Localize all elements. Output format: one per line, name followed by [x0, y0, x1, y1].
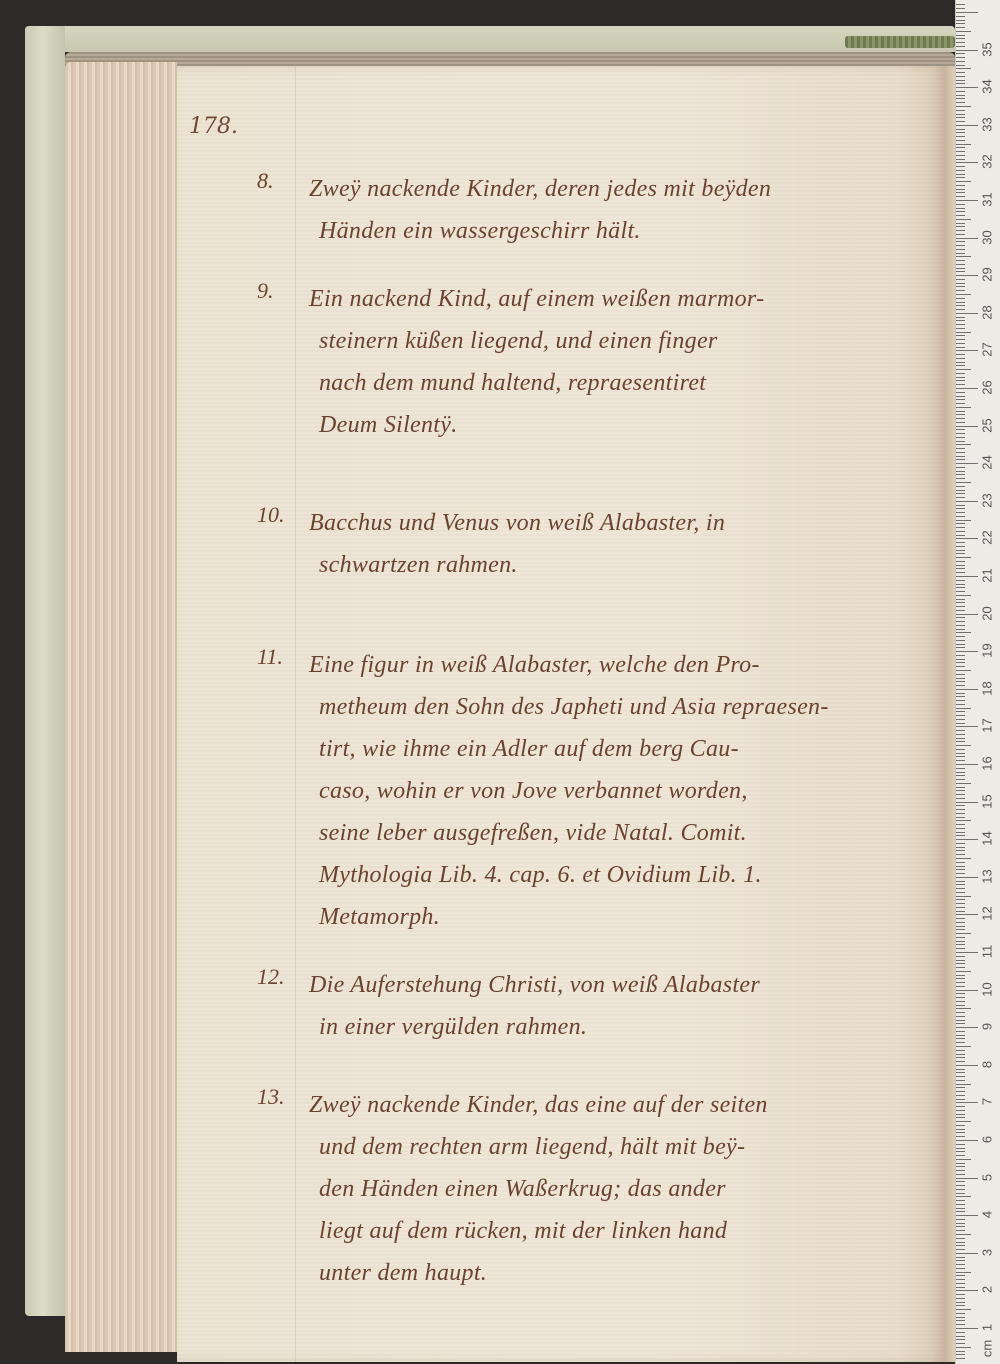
- ruler-tick: [956, 1185, 965, 1186]
- ruler-tick: [956, 787, 965, 788]
- ruler-tick: [956, 783, 971, 784]
- ruler-tick: [956, 42, 965, 43]
- ruler-tick: [956, 68, 971, 69]
- ruler-label: 11: [980, 942, 995, 962]
- ruler-tick: [956, 914, 978, 915]
- ruler-tick: [956, 1178, 978, 1179]
- ruler-tick: [956, 177, 965, 178]
- ruler-tick: [956, 16, 965, 17]
- ruler-tick: [956, 1136, 965, 1137]
- ruler-tick: [956, 982, 965, 983]
- ruler-tick: [956, 926, 965, 927]
- ruler-tick: [956, 497, 965, 498]
- book: 178. 8. Zweÿ nackende Kinder, deren jede…: [25, 26, 955, 1346]
- ruler-tick: [956, 452, 965, 453]
- ruler-tick: [956, 839, 978, 840]
- ruler-tick: [956, 72, 965, 73]
- ruler-tick: [956, 1069, 965, 1070]
- ruler-tick: [956, 125, 978, 126]
- ruler-tick: [956, 553, 965, 554]
- ruler-tick: [956, 572, 965, 573]
- ruler-tick: [956, 1061, 965, 1062]
- ruler-tick: [956, 1324, 965, 1325]
- entry-line: Ein nackend Kind, auf einem weißen marmo…: [309, 278, 919, 320]
- ruler-tick: [956, 1008, 971, 1009]
- ruler-label: 8: [980, 1054, 995, 1074]
- ruler-tick: [956, 132, 965, 133]
- ruler-tick: [956, 1294, 965, 1295]
- ruler-tick: [956, 215, 965, 216]
- ruler-tick: [956, 1332, 965, 1333]
- ruler-tick: [956, 226, 965, 227]
- ruler-tick: [956, 1181, 965, 1182]
- ruler-tick: [956, 437, 965, 438]
- ruler-tick: [956, 602, 965, 603]
- ruler-tick: [956, 1121, 971, 1122]
- ruler-tick: [956, 192, 965, 193]
- entry-line: Zweÿ nackende Kinder, deren jedes mit be…: [309, 168, 919, 210]
- ruler-tick: [956, 967, 965, 968]
- ruler-tick: [956, 456, 965, 457]
- ruler-tick: [956, 565, 965, 566]
- ruler-tick: [956, 27, 965, 28]
- ruler-tick: [956, 35, 965, 36]
- ruler-tick: [956, 83, 965, 84]
- ruler-tick: [956, 1351, 965, 1352]
- ruler-tick: [956, 617, 965, 618]
- entry-line: schwartzen rahmen.: [309, 544, 919, 586]
- ruler-tick: [956, 238, 978, 239]
- ruler-tick: [956, 467, 965, 468]
- ruler-tick: [956, 591, 965, 592]
- ruler-tick: [956, 1200, 965, 1201]
- ruler-tick: [956, 741, 965, 742]
- ruler-tick: [956, 1102, 978, 1103]
- ruler-tick: [956, 196, 965, 197]
- ruler-tick: [956, 1275, 965, 1276]
- ruler-tick: [956, 486, 965, 487]
- ruler-tick: [956, 95, 965, 96]
- ruler-tick: [956, 1189, 965, 1190]
- ruler-tick: [956, 335, 965, 336]
- ruler-tick: [956, 147, 965, 148]
- ruler-tick: [956, 102, 965, 103]
- ruler-tick: [956, 271, 965, 272]
- ruler-tick: [956, 542, 965, 543]
- ruler-tick: [956, 1042, 965, 1043]
- ruler-tick: [956, 302, 965, 303]
- entry-line: Deum Silentÿ.: [309, 404, 919, 446]
- ruler-tick: [956, 91, 965, 92]
- ruler-tick: [956, 80, 965, 81]
- ruler-tick: [956, 57, 965, 58]
- ruler-tick: [956, 1309, 971, 1310]
- entry-number: 13.: [257, 1084, 297, 1110]
- ruler-tick: [956, 877, 978, 878]
- ruler-label: 29: [980, 265, 995, 285]
- ruler-label: 32: [980, 152, 995, 172]
- ruler-tick: [956, 764, 978, 765]
- ruler-tick: [956, 644, 965, 645]
- ruler-tick: [956, 918, 965, 919]
- ruler-tick: [956, 384, 965, 385]
- ruler-tick: [956, 798, 965, 799]
- ruler-tick: [956, 580, 965, 581]
- ruler-tick: [956, 1305, 965, 1306]
- ruler-label: 34: [980, 77, 995, 97]
- ruler-label: 26: [980, 378, 995, 398]
- ruler-tick: [956, 1249, 965, 1250]
- ruler-tick: [956, 557, 971, 558]
- ruler-tick: [956, 20, 965, 21]
- ruler-tick: [956, 655, 965, 656]
- ruler-tick: [956, 944, 965, 945]
- ruler-tick: [956, 745, 971, 746]
- ruler-tick: [956, 1031, 965, 1032]
- ruler-tick: [956, 448, 965, 449]
- ruler-tick: [956, 1354, 965, 1355]
- ruler-tick: [956, 1132, 965, 1133]
- ruler-tick: [956, 249, 965, 250]
- ruler-tick: [956, 174, 965, 175]
- ruler-tick: [956, 264, 965, 265]
- ruler-tick: [956, 892, 965, 893]
- ruler-tick: [956, 76, 965, 77]
- ruler-tick: [956, 960, 965, 961]
- ruler-tick: [956, 862, 965, 863]
- ruler-label: 6: [980, 1130, 995, 1150]
- ruler-tick: [956, 313, 978, 314]
- ruler-tick: [956, 881, 965, 882]
- ruler-tick: [956, 1084, 971, 1085]
- ruler-tick: [956, 181, 971, 182]
- ruler-tick: [956, 290, 965, 291]
- ruler-tick: [956, 723, 965, 724]
- ruler-tick: [956, 884, 965, 885]
- ruler-tick: [956, 482, 971, 483]
- entry-line: in einer vergülden rahmen.: [309, 1006, 919, 1048]
- ruler-tick: [956, 666, 965, 667]
- ruler-tick: [956, 403, 965, 404]
- ruler-label: 25: [980, 415, 995, 435]
- ruler-tick: [956, 1012, 965, 1013]
- ruler-tick: [956, 1242, 965, 1243]
- ruler-label: 24: [980, 453, 995, 473]
- ruler-label: 10: [980, 979, 995, 999]
- ruler-tick: [956, 606, 965, 607]
- ruler-tick: [956, 414, 965, 415]
- ruler-tick: [956, 952, 978, 953]
- ruler-tick: [956, 1238, 965, 1239]
- ruler-tick: [956, 170, 965, 171]
- ruler-tick: [956, 535, 965, 536]
- ruler-tick: [956, 1234, 971, 1235]
- ruler-tick: [956, 471, 965, 472]
- ruler-tick: [956, 317, 965, 318]
- ruler-tick: [956, 922, 965, 923]
- ruler-tick: [956, 1336, 965, 1337]
- ruler-tick: [956, 1117, 965, 1118]
- ruler-tick: [956, 151, 965, 152]
- ruler-tick: [956, 392, 965, 393]
- ruler-tick: [956, 674, 965, 675]
- ruler-tick: [956, 584, 965, 585]
- ruler-tick: [956, 155, 965, 156]
- ruler-tick: [956, 975, 965, 976]
- ruler-tick: [956, 260, 965, 261]
- ruler-tick: [956, 12, 978, 13]
- ruler-tick: [956, 647, 965, 648]
- ruler-tick: [956, 670, 971, 671]
- ruler-tick: [956, 903, 965, 904]
- ruler-tick: [956, 429, 965, 430]
- ruler-tick: [956, 219, 971, 220]
- ruler-label: 16: [980, 754, 995, 774]
- ruler-tick: [956, 896, 971, 897]
- ruler-tick: [956, 587, 965, 588]
- ruler-tick: [956, 790, 965, 791]
- ruler-tick: [956, 546, 965, 547]
- ruler-tick: [956, 704, 965, 705]
- ruler-tick: [956, 256, 971, 257]
- ruler-tick: [956, 110, 965, 111]
- ruler-tick: [956, 1080, 965, 1081]
- ruler-tick: [956, 1035, 965, 1036]
- ruler-tick: [956, 1208, 965, 1209]
- ruler-label: 21: [980, 566, 995, 586]
- ruler-tick: [956, 53, 965, 54]
- ruler-label: 28: [980, 302, 995, 322]
- ruler-tick: [956, 978, 965, 979]
- ruler-tick: [956, 1215, 978, 1216]
- ruler-tick: [956, 873, 965, 874]
- ruler-tick: [956, 1320, 965, 1321]
- margin-fold-line: [295, 66, 296, 1362]
- ruler-tick: [956, 1159, 971, 1160]
- ruler-tick: [956, 136, 965, 137]
- ruler-tick: [956, 4, 965, 5]
- ruler-tick: [956, 286, 965, 287]
- ruler-label: 30: [980, 227, 995, 247]
- ruler-label: 3: [980, 1242, 995, 1262]
- ruler-tick: [956, 937, 965, 938]
- ruler-tick: [956, 162, 978, 163]
- ruler-tick: [956, 1166, 965, 1167]
- ruler-tick: [956, 275, 978, 276]
- entry-line: Händen ein wassergeschirr hält.: [309, 210, 919, 252]
- ruler-tick: [956, 835, 965, 836]
- ruler-tick: [956, 1328, 978, 1329]
- ruler-tick: [956, 1196, 971, 1197]
- ruler-tick: [956, 1298, 965, 1299]
- ruler-tick: [956, 294, 971, 295]
- ruler-tick: [956, 305, 965, 306]
- ruler-tick: [956, 396, 965, 397]
- ruler-tick: [956, 1091, 965, 1092]
- ruler-tick: [956, 490, 965, 491]
- ruler-tick: [956, 794, 965, 795]
- entry-line: und dem rechten arm liegend, hält mit be…: [309, 1126, 919, 1168]
- ruler-tick: [956, 899, 965, 900]
- ruler-tick: [956, 516, 965, 517]
- ruler-tick: [956, 700, 965, 701]
- ruler-tick: [956, 365, 965, 366]
- ruler-tick: [956, 850, 965, 851]
- ruler-tick: [956, 512, 965, 513]
- ruler-tick: [956, 805, 965, 806]
- ruler-tick: [956, 1302, 965, 1303]
- page-stack-left: [65, 62, 177, 1352]
- ruler-label: 14: [980, 829, 995, 849]
- ruler-label: 20: [980, 603, 995, 623]
- ruler-tick: [956, 595, 971, 596]
- page-number: 178.: [189, 114, 238, 139]
- ruler-tick: [956, 708, 971, 709]
- ruler-tick: [956, 730, 965, 731]
- ruler-tick: [956, 208, 965, 209]
- ruler-tick: [956, 568, 965, 569]
- ruler-tick: [956, 234, 965, 235]
- ruler-tick: [956, 1279, 965, 1280]
- ruler-tick: [956, 362, 965, 363]
- ruler-tick: [956, 1023, 965, 1024]
- ruler-tick: [956, 756, 965, 757]
- ruler-tick: [956, 1290, 978, 1291]
- ruler-tick: [956, 523, 965, 524]
- ruler-tick: [956, 114, 965, 115]
- ruler-tick: [956, 1087, 965, 1088]
- ruler-tick: [956, 1148, 965, 1149]
- ruler-tick: [956, 749, 965, 750]
- ruler-tick: [956, 1257, 965, 1258]
- ruler-tick: [956, 433, 965, 434]
- ruler-tick: [956, 1106, 965, 1107]
- ruler-tick: [956, 324, 965, 325]
- ruler-tick: [956, 298, 965, 299]
- ruler-tick: [956, 858, 971, 859]
- ruler-tick: [956, 87, 978, 88]
- ruler-tick: [956, 659, 965, 660]
- ruler-tick: [956, 1287, 965, 1288]
- ruler-tick: [956, 204, 965, 205]
- entry-line: Eine figur in weiß Alabaster, welche den…: [309, 644, 919, 686]
- ruler-tick: [956, 1268, 965, 1269]
- ruler-tick: [956, 1264, 965, 1265]
- ruler-tick: [956, 772, 965, 773]
- ruler-tick: [956, 407, 971, 408]
- ruler-tick: [956, 1343, 965, 1344]
- entry-number: 9.: [257, 278, 297, 304]
- ruler-tick: [956, 493, 965, 494]
- ruler-tick: [956, 1245, 965, 1246]
- entry-line: tirt, wie ihme ein Adler auf dem berg Ca…: [309, 728, 919, 770]
- ruler-tick: [956, 997, 965, 998]
- ruler-tick: [956, 426, 978, 427]
- ruler-tick: [956, 459, 965, 460]
- ruler-tick: [956, 1155, 965, 1156]
- ruler-tick: [956, 1129, 965, 1130]
- ruler-tick: [956, 478, 965, 479]
- ruler-tick: [956, 354, 965, 355]
- ruler-tick: [956, 610, 965, 611]
- ruler-tick: [956, 678, 965, 679]
- ruler-tick: [956, 531, 965, 532]
- ruler-tick: [956, 941, 965, 942]
- ruler-tick: [956, 418, 965, 419]
- ruler-tick: [956, 1317, 965, 1318]
- ruler-tick: [956, 820, 971, 821]
- ruler-tick: [956, 832, 965, 833]
- ruler-label: 27: [980, 340, 995, 360]
- ruler-tick: [956, 907, 965, 908]
- ruler-tick: [956, 1099, 965, 1100]
- ruler-tick: [956, 1065, 978, 1066]
- ruler-tick: [956, 561, 965, 562]
- entry-number: 11.: [257, 644, 297, 670]
- ruler-tick: [956, 159, 965, 160]
- ruler-tick: [956, 1283, 965, 1284]
- ruler-tick: [956, 956, 965, 957]
- entry-number: 12.: [257, 964, 297, 990]
- ruler-label: 7: [980, 1092, 995, 1112]
- ruler-tick: [956, 990, 978, 991]
- ruler-tick: [956, 189, 965, 190]
- ruler-tick: [956, 441, 965, 442]
- ruler-tick: [956, 1204, 965, 1205]
- ruler-label: 31: [980, 190, 995, 210]
- ruler-tick: [956, 1057, 965, 1058]
- ruler-tick: [956, 775, 965, 776]
- ruler-tick: [956, 1174, 965, 1175]
- ruler-label: 9: [980, 1017, 995, 1037]
- ruler-tick: [956, 866, 965, 867]
- book-cover-left-edge: [25, 26, 65, 1316]
- ruler-tick: [956, 230, 965, 231]
- ruler-tick: [956, 223, 965, 224]
- ruler-tick: [956, 350, 978, 351]
- measurement-ruler: cm 1234567891011121314151617181920212223…: [955, 0, 1000, 1364]
- ruler-label: 23: [980, 490, 995, 510]
- ruler-tick: [956, 117, 965, 118]
- ruler-tick: [956, 505, 965, 506]
- entry-line: metheum den Sohn des Japheti und Asia re…: [309, 686, 919, 728]
- ruler-tick: [956, 1219, 965, 1220]
- ruler-tick: [956, 200, 978, 201]
- ruler-tick: [956, 1027, 978, 1028]
- ruler-tick: [956, 640, 965, 641]
- ruler-label: 13: [980, 866, 995, 886]
- headband: [845, 36, 955, 48]
- ruler-tick: [956, 753, 965, 754]
- ruler-tick: [956, 411, 965, 412]
- ruler-tick: [956, 1313, 965, 1314]
- entry-line: nach dem mund haltend, repraesentiret: [309, 362, 919, 404]
- ruler-tick: [956, 550, 965, 551]
- ruler-tick: [956, 824, 965, 825]
- ruler-tick: [956, 1226, 965, 1227]
- ruler-tick: [956, 828, 965, 829]
- ruler-tick: [956, 377, 965, 378]
- ruler-tick: [956, 625, 965, 626]
- ruler-tick: [956, 726, 978, 727]
- ruler-tick: [956, 636, 965, 637]
- entry-line: Zweÿ nackende Kinder, das eine auf der s…: [309, 1084, 919, 1126]
- ruler-tick: [956, 693, 965, 694]
- ruler-tick: [956, 948, 965, 949]
- ruler-tick: [956, 696, 965, 697]
- ruler-tick: [956, 1347, 971, 1348]
- ruler-tick: [956, 140, 965, 141]
